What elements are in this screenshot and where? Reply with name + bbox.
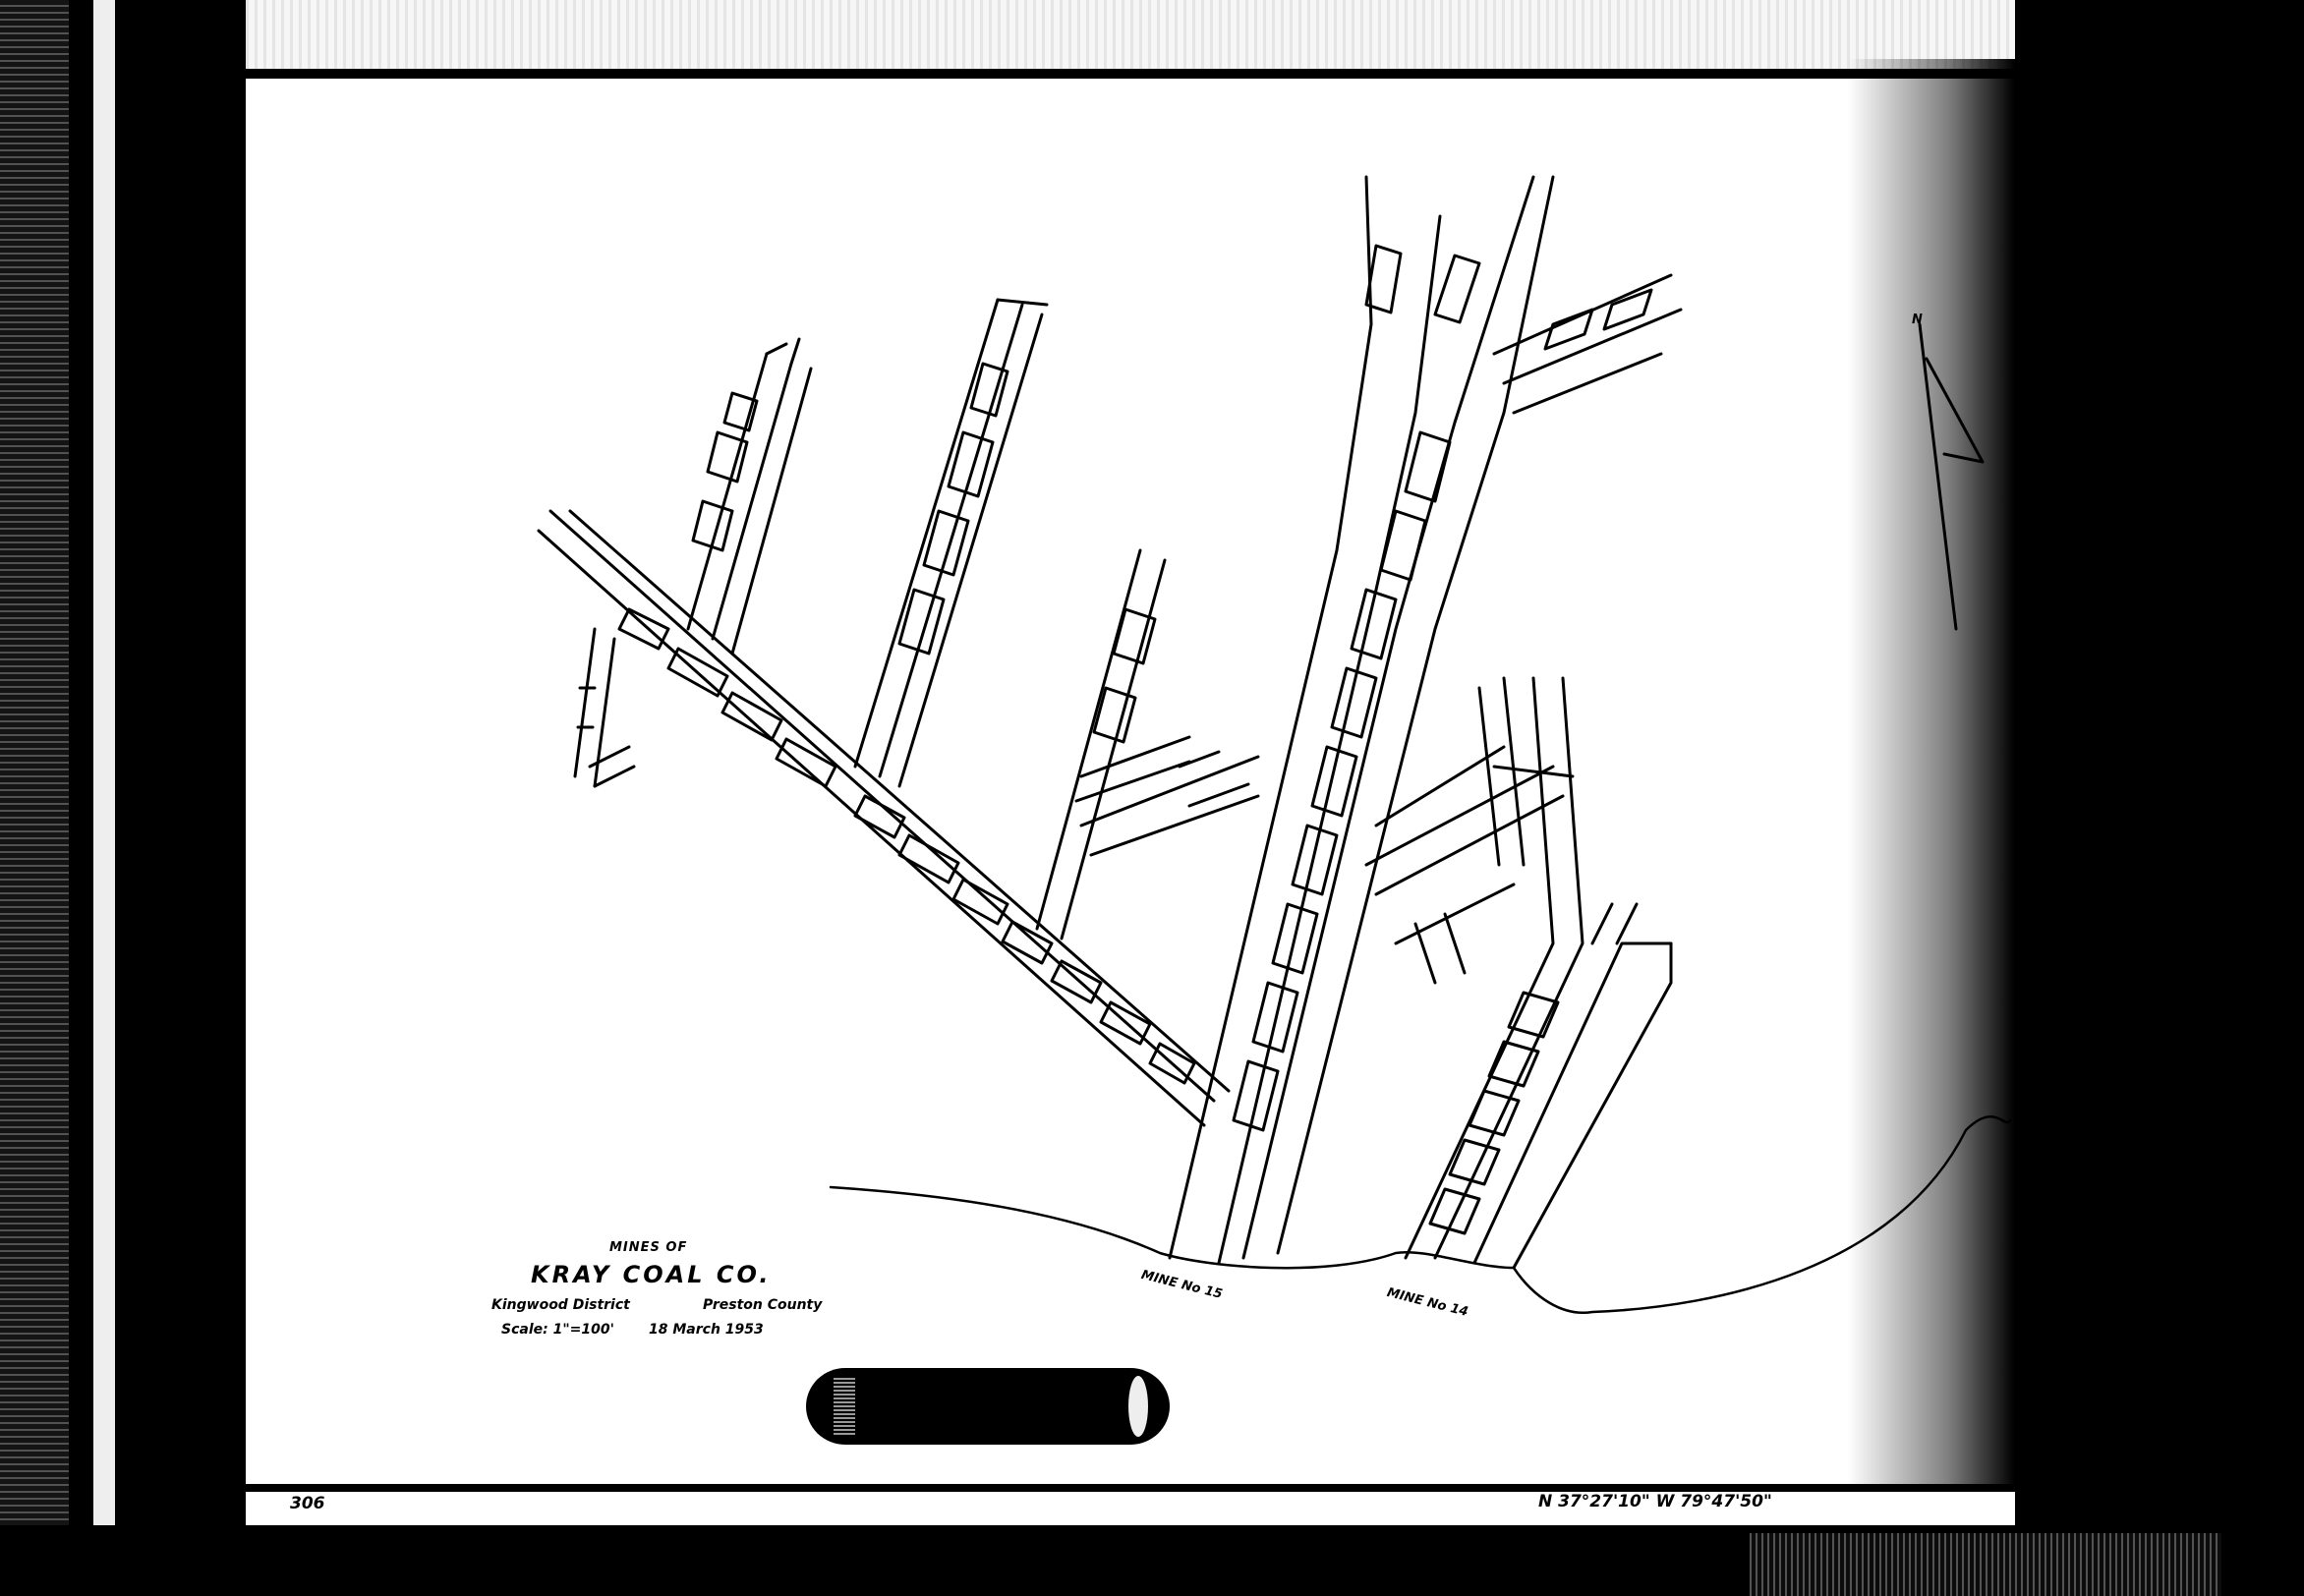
- map-heading-small: MINES OF: [609, 1240, 687, 1255]
- sheet-number: 306: [290, 1494, 325, 1513]
- tape-texture-left: [834, 1376, 855, 1435]
- date-label: 18 March 1953: [649, 1322, 764, 1338]
- county-label: Preston County: [703, 1297, 822, 1313]
- coordinates-label: N 37°27'10" W 79°47'50": [1538, 1492, 1772, 1511]
- branch-entry-2: [855, 300, 1047, 786]
- mine-14-entries: [1406, 678, 1671, 1268]
- district-label: Kingwood District: [491, 1297, 630, 1313]
- mine-workings-map: [0, 0, 2304, 1596]
- east-side-workings: [1366, 678, 1573, 983]
- tape-highlight-right: [1128, 1376, 1148, 1437]
- north-arrow-icon: [1920, 324, 1983, 629]
- scale-label: Scale: 1"=100': [501, 1322, 614, 1338]
- redaction-tape: [806, 1368, 1170, 1445]
- left-stub-entry: [575, 629, 634, 786]
- north-label: N: [1912, 313, 1923, 327]
- branch-entry-3: [1037, 550, 1258, 939]
- branch-entry-1: [688, 339, 811, 654]
- outcrop-line: [831, 1116, 2010, 1313]
- mine-15-entries: [1170, 177, 1681, 1263]
- map-title: KRAY COAL CO.: [531, 1261, 771, 1288]
